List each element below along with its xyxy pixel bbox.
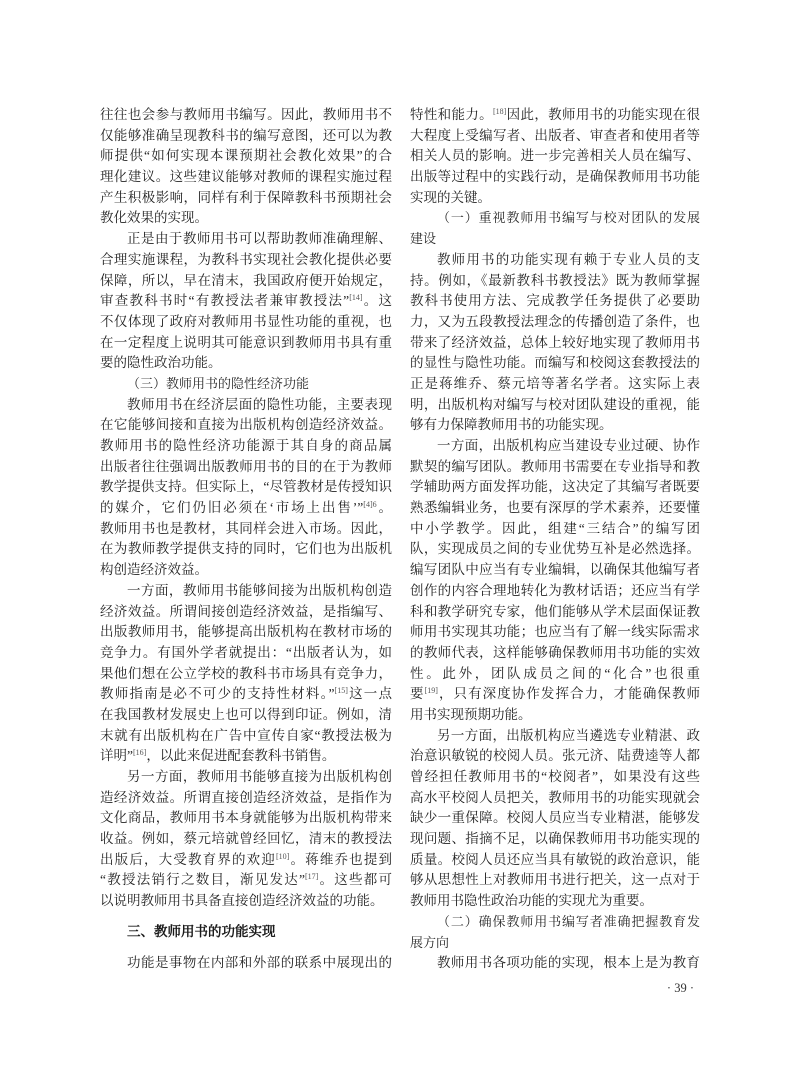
text-segment: 。蒋维乔也提到: [289, 852, 392, 867]
text-segment: 这一点: [348, 686, 392, 701]
text-line: 够从思想性上对教师用书进行把关，这一点对于: [410, 870, 700, 891]
paragraph: 另一方面，出版机构应当遴选专业精湛、政治意识敏锐的校阅人员。张元济、陆费逵等人都…: [410, 726, 700, 912]
text-segment: 特性和能力。: [410, 107, 493, 122]
text-segment: 要: [410, 686, 425, 701]
text-segment: 。这些都可: [318, 872, 392, 887]
paragraph: 一方面，出版机构应当建设专业过硬、协作默契的编写团队。教师用书需要在专业指导和教…: [410, 436, 700, 726]
text-line: 教师用书各项功能的实现，根本上是为教育: [410, 953, 700, 974]
paragraph: 特性和能力。[18]因此，教师用书的功能实现在很大程度上受编写者、出版者、审查者…: [410, 105, 700, 208]
text-line: 合理实施课程，为教科书实现社会教化提供必要: [100, 250, 392, 271]
text-line: （二）确保教师用书编写者准确把握教育发: [410, 912, 700, 933]
text-line: 队，实现成员之间的专业优势互补是必然选择。: [410, 539, 700, 560]
text-segment: ，以此来促进配套教科书销售。: [146, 748, 335, 763]
text-segment: 。这: [363, 293, 392, 308]
text-line: 出版后，大受教育界的欢迎[10]。蒋维乔也提到: [100, 850, 392, 871]
text-line: 竞争力。有国外学者就提出：“出版者认为，如: [100, 643, 392, 664]
text-segment: 教师指南是必不可少的支持性材料。”: [100, 686, 335, 701]
text-line: 的媒介，它们仍旧必须在‘市场上出售’”[4]6。: [100, 498, 392, 519]
text-line: 教师指南是必不可少的支持性材料。”[15]这一点: [100, 684, 392, 705]
text-line: 要[19]，只有深度协作发挥合力，才能确保教师: [410, 684, 700, 705]
text-line: 科和教学研究专家，他们能够从学术层面保证教: [410, 602, 700, 623]
text-line: 在为教师教学提供支持的同时，它们也为出版机: [100, 539, 392, 560]
text-line: 造经济效益。所谓直接创造经济效益，是指作为: [100, 788, 392, 809]
subsection-heading: （一）重视教师用书编写与校对团队的发展建设: [410, 208, 700, 249]
text-line: 出版者往往强调出版教师用书的目的在于为教师: [100, 457, 392, 478]
text-line: 教师用书也是教材，其同样会进入市场。因此，: [100, 519, 392, 540]
paragraph: 正是由于教师用书可以帮助教师准确理解、合理实施课程，为教科书实现社会教化提供必要…: [100, 229, 392, 374]
text-line: 用书实现预期功能。: [410, 705, 700, 726]
text-line: 学辅助两方面发挥功能，这决定了其编写者既要: [410, 477, 700, 498]
text-line: 高水平校阅人员把关，教师用书的功能实现就会: [410, 788, 700, 809]
text-line: 教科书使用方法、完成教学任务提供了必要助: [410, 291, 700, 312]
text-line: 在我国教材发展史上也可以得到印证。例如，清: [100, 705, 392, 726]
citation-superscript: [19]: [425, 686, 438, 695]
text-line: 教师用书在经济层面的隐性功能，主要表现: [100, 395, 392, 416]
citation-superscript: [10]: [276, 852, 289, 861]
text-line: （一）重视教师用书编写与校对团队的发展: [410, 208, 700, 229]
text-line: 一方面，出版机构应当建设专业过硬、协作: [410, 436, 700, 457]
text-line: 实现的关键。: [410, 188, 700, 209]
text-line: 教师用书的功能实现有赖于专业人员的支: [410, 250, 700, 271]
text-line: 治意识敏锐的校阅人员。张元济、陆费逵等人都: [410, 746, 700, 767]
citation-superscript: [4]6: [363, 500, 376, 509]
text-segment: 因此，教师用书的功能实现在很: [506, 107, 700, 122]
text-line: 曾经担任教师用书的“校阅者”，如果没有这些: [410, 767, 700, 788]
text-line: 审查教科书时“有教授法者兼审教授法”[14]。这: [100, 291, 392, 312]
text-segment: 详明”: [100, 748, 133, 763]
text-line: 现问题、指摘不足，以确保教师用书功能实现的: [410, 829, 700, 850]
paragraph: 一方面，教师用书能够间接为出版机构创造经济效益。所谓间接创造经济效益，是指编写、…: [100, 581, 392, 767]
text-line: 的显性与隐性功能。而编写和校阅这套教授法的: [410, 353, 700, 374]
paragraph: 另一方面，教师用书能够直接为出版机构创造经济效益。所谓直接创造经济效益，是指作为…: [100, 767, 392, 912]
text-line: 力，又为五段教授法理念的传播创造了条件，也: [410, 312, 700, 333]
text-line: 产生积极影响，同样有利于保障教科书预期社会: [100, 188, 392, 209]
text-segment: 审查教科书时“有教授法者兼审教授法”: [100, 293, 349, 308]
paragraph: 教师用书各项功能的实现，根本上是为教育: [410, 953, 700, 974]
journal-page: 往往也会参与教师用书编写。因此，教师用书不仅能够准确呈现教科书的编写意图，还可以…: [0, 0, 800, 1077]
text-segment: 。: [377, 500, 392, 515]
text-line: （三）教师用书的隐性经济功能: [100, 374, 392, 395]
text-line: 特性和能力。[18]因此，教师用书的功能实现在很: [410, 105, 700, 126]
citation-superscript: [14]: [349, 293, 362, 302]
paragraph: 功能是事物在内部和外部的联系中展现出的: [100, 953, 392, 974]
citation-superscript: [15]: [335, 686, 348, 695]
text-line: 教师用书的隐性经济功能源于其自身的商品属性。: [100, 436, 392, 457]
text-line: 正是蒋维乔、蔡元培等著名学者。这实际上表: [410, 374, 700, 395]
text-line: 保障，所以，早在清末，我国政府便开始规定，: [100, 271, 392, 292]
text-line: 教师用书隐性政治功能的实现尤为重要。: [410, 891, 700, 912]
text-line: 另一方面，出版机构应当遴选专业精湛、政: [410, 726, 700, 747]
citation-superscript: [18]: [493, 107, 506, 116]
text-line: “教授法销行之数目，渐见发达”[17]。这些都可: [100, 870, 392, 891]
text-line: 的教师代表，这样能够确保教师用书功能的实效: [410, 643, 700, 664]
text-line: 建设: [410, 229, 700, 250]
text-line: 构创造经济效益。: [100, 560, 392, 581]
text-line: 在一定程度上说明其可能意识到教师用书具有重: [100, 333, 392, 354]
text-line: 在它能够间接和直接为出版机构创造经济效益。: [100, 415, 392, 436]
text-line: 详明”[16]，以此来促进配套教科书销售。: [100, 746, 392, 767]
left-text-column: 往往也会参与教师用书编写。因此，教师用书不仅能够准确呈现教科书的编写意图，还可以…: [100, 105, 392, 974]
citation-superscript: [16]: [133, 748, 146, 757]
citation-superscript: [17]: [305, 872, 318, 881]
text-segment: 的媒介，它们仍旧必须在‘市场上出售’”: [100, 500, 363, 515]
text-line: 默契的编写团队。教师用书需要在专业指导和教: [410, 457, 700, 478]
paragraph: 教师用书的功能实现有赖于专业人员的支持。例如，《最新教科书教授法》既为教师掌握教…: [410, 250, 700, 436]
text-line: 带来了经济效益，总体上较好地实现了教师用书: [410, 333, 700, 354]
section-heading: 三、教师用书的功能实现: [100, 912, 392, 953]
text-line: 明，出版机构对编写与校对团队建设的重视，能: [410, 395, 700, 416]
text-line: 创作的内容合理地转化为教材话语；还应当有学: [410, 581, 700, 602]
text-line: 经济效益。所谓间接创造经济效益，是指编写、: [100, 602, 392, 623]
text-line: 出版教师用书，能够提高出版机构在教材市场的: [100, 622, 392, 643]
text-line: 师提供“如何实现本课预期社会教化效果”的合: [100, 146, 392, 167]
page-number: · 39 ·: [410, 980, 694, 996]
text-line: 文化商品，教师用书本身就能够为出版机构带来: [100, 808, 392, 829]
text-line: 另一方面，教师用书能够直接为出版机构创: [100, 767, 392, 788]
text-line: 收益。例如，蔡元培就曾经回忆，清末的教授法: [100, 829, 392, 850]
text-line: 往往也会参与教师用书编写。因此，教师用书不: [100, 105, 392, 126]
text-line: 理化建议。这些建议能够对教师的课程实施过程: [100, 167, 392, 188]
text-segment: “教授法销行之数目，渐见发达”: [100, 872, 305, 887]
paragraph: 教师用书在经济层面的隐性功能，主要表现在它能够间接和直接为出版机构创造经济效益。…: [100, 395, 392, 581]
text-line: 果他们想在公立学校的教科书市场具有竞争力，: [100, 664, 392, 685]
text-line: 熟悉编辑业务，也要有深厚的学术素养，还要懂: [410, 498, 700, 519]
text-line: 以说明教师用书具备直接创造经济效益的功能。: [100, 891, 392, 912]
text-line: 不仅体现了政府对教师用书显性功能的重视，也: [100, 312, 392, 333]
text-line: 中小学教学。因此，组建“三结合”的编写团: [410, 519, 700, 540]
text-line: 师用书实现其功能；也应当有了解一线实际需求: [410, 622, 700, 643]
text-line: 正是由于教师用书可以帮助教师准确理解、: [100, 229, 392, 250]
text-segment: ，只有深度协作发挥合力，才能确保教师: [438, 686, 700, 701]
text-line: 质量。校阅人员还应当具有敏锐的政治意识，能: [410, 850, 700, 871]
text-segment: 出版后，大受教育界的欢迎: [100, 852, 276, 867]
text-line: 展方向: [410, 933, 700, 954]
subsection-heading: （三）教师用书的隐性经济功能: [100, 374, 392, 395]
text-line: 三、教师用书的功能实现: [100, 912, 392, 953]
text-line: 性。此外，团队成员之间的“化合”也很重: [410, 664, 700, 685]
text-line: 出版等过程中的实践行动，是确保教师用书功能: [410, 167, 700, 188]
text-line: 够有力保障教师用书的功能实现。: [410, 415, 700, 436]
right-text-column: 特性和能力。[18]因此，教师用书的功能实现在很大程度上受编写者、出版者、审查者…: [410, 105, 700, 974]
text-line: 功能是事物在内部和外部的联系中展现出的: [100, 953, 392, 974]
text-line: 大程度上受编写者、出版者、审查者和使用者等: [410, 126, 700, 147]
text-line: 相关人员的影响。进一步完善相关人员在编写、: [410, 146, 700, 167]
text-line: 编写团队中应当有专业编辑，以确保其他编写者: [410, 560, 700, 581]
text-line: 要的隐性政治功能。: [100, 353, 392, 374]
paragraph: 往往也会参与教师用书编写。因此，教师用书不仅能够准确呈现教科书的编写意图，还可以…: [100, 105, 392, 229]
text-line: 仅能够准确呈现教科书的编写意图，还可以为教: [100, 126, 392, 147]
text-line: 一方面，教师用书能够间接为出版机构创造: [100, 581, 392, 602]
subsection-heading: （二）确保教师用书编写者准确把握教育发展方向: [410, 912, 700, 953]
text-line: 教化效果的实现。: [100, 208, 392, 229]
text-line: 缺少一重保障。校阅人员应当专业精湛，能够发: [410, 808, 700, 829]
text-line: 教学提供支持。但实际上，“尽管教材是传授知识: [100, 477, 392, 498]
text-line: 持。例如，《最新教科书教授法》既为教师掌握: [410, 271, 700, 292]
text-line: 末就有出版机构在广告中宣传自家“教授法极为: [100, 726, 392, 747]
